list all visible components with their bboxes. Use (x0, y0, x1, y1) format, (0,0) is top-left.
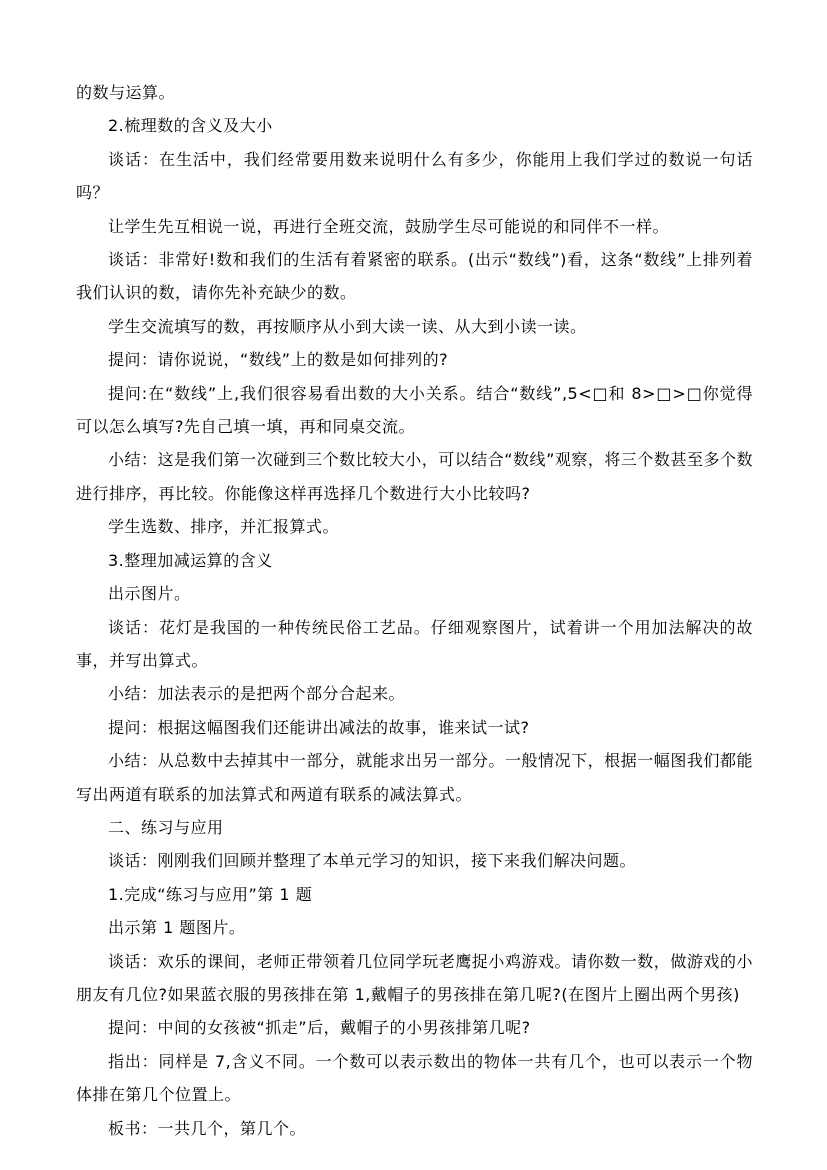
paragraph: 谈话：花灯是我国的一种传统民俗工艺品。仔细观察图片，试着讲一个用加法解决的故事，… (76, 611, 753, 678)
paragraph: 让学生先互相说一说，再进行全班交流，鼓励学生尽可能说的和同伴不一样。 (76, 210, 753, 243)
paragraph: 的数与运算。 (76, 76, 753, 109)
paragraph: 小结：这是我们第一次碰到三个数比较大小，可以结合“数线”观察，将三个数甚至多个数… (76, 443, 753, 510)
document-text-body: 的数与运算。2.梳理数的含义及大小谈话：在生活中，我们经常要用数来说明什么有多少… (76, 76, 753, 1145)
paragraph: 谈话：在生活中，我们经常要用数来说明什么有多少，你能用上我们学过的数说一句话吗？ (76, 143, 753, 210)
paragraph: 小结：加法表示的是把两个部分合起来。 (76, 677, 753, 710)
paragraph: 板书：一共几个，第几个。 (76, 1112, 753, 1145)
paragraph: 提问：根据这幅图我们还能讲出减法的故事，谁来试一试? (76, 711, 753, 744)
paragraph: 提问:在“数线”上,我们很容易看出数的大小关系。结合“数线”,5<□和 8>□>… (76, 377, 753, 444)
paragraph: 谈话：欢乐的课间，老师正带领着几位同学玩老鹰捉小鸡游戏。请你数一数，做游戏的小朋… (76, 945, 753, 1012)
paragraph: 指出：同样是 7,含义不同。一个数可以表示数出的物体一共有几个，也可以表示一个物… (76, 1045, 753, 1112)
paragraph: 1.完成“练习与应用”第 1 题 (76, 878, 753, 911)
paragraph: 谈话：刚刚我们回顾并整理了本单元学习的知识，接下来我们解决问题。 (76, 844, 753, 877)
paragraph: 谈话：非常好!数和我们的生活有着紧密的联系。(出示“数线”)看，这条“数线”上排… (76, 243, 753, 310)
paragraph: 学生选数、排序，并汇报算式。 (76, 510, 753, 543)
paragraph: 提问：中间的女孩被“抓走”后，戴帽子的小男孩排第几呢? (76, 1011, 753, 1044)
paragraph: 小结：从总数中去掉其中一部分，就能求出另一部分。一般情况下，根据一幅图我们都能写… (76, 744, 753, 811)
paragraph: 3.整理加减运算的含义 (76, 544, 753, 577)
paragraph: 出示图片。 (76, 577, 753, 610)
paragraph: 学生交流填写的数，再按顺序从小到大读一读、从大到小读一读。 (76, 310, 753, 343)
paragraph: 2.梳理数的含义及大小 (76, 109, 753, 142)
paragraph: 提问：请你说说，“数线”上的数是如何排列的? (76, 343, 753, 376)
paragraph: 二、练习与应用 (76, 811, 753, 844)
paragraph: 出示第 1 题图片。 (76, 911, 753, 944)
document-page: 的数与运算。2.梳理数的含义及大小谈话：在生活中，我们经常要用数来说明什么有多少… (0, 0, 827, 1170)
